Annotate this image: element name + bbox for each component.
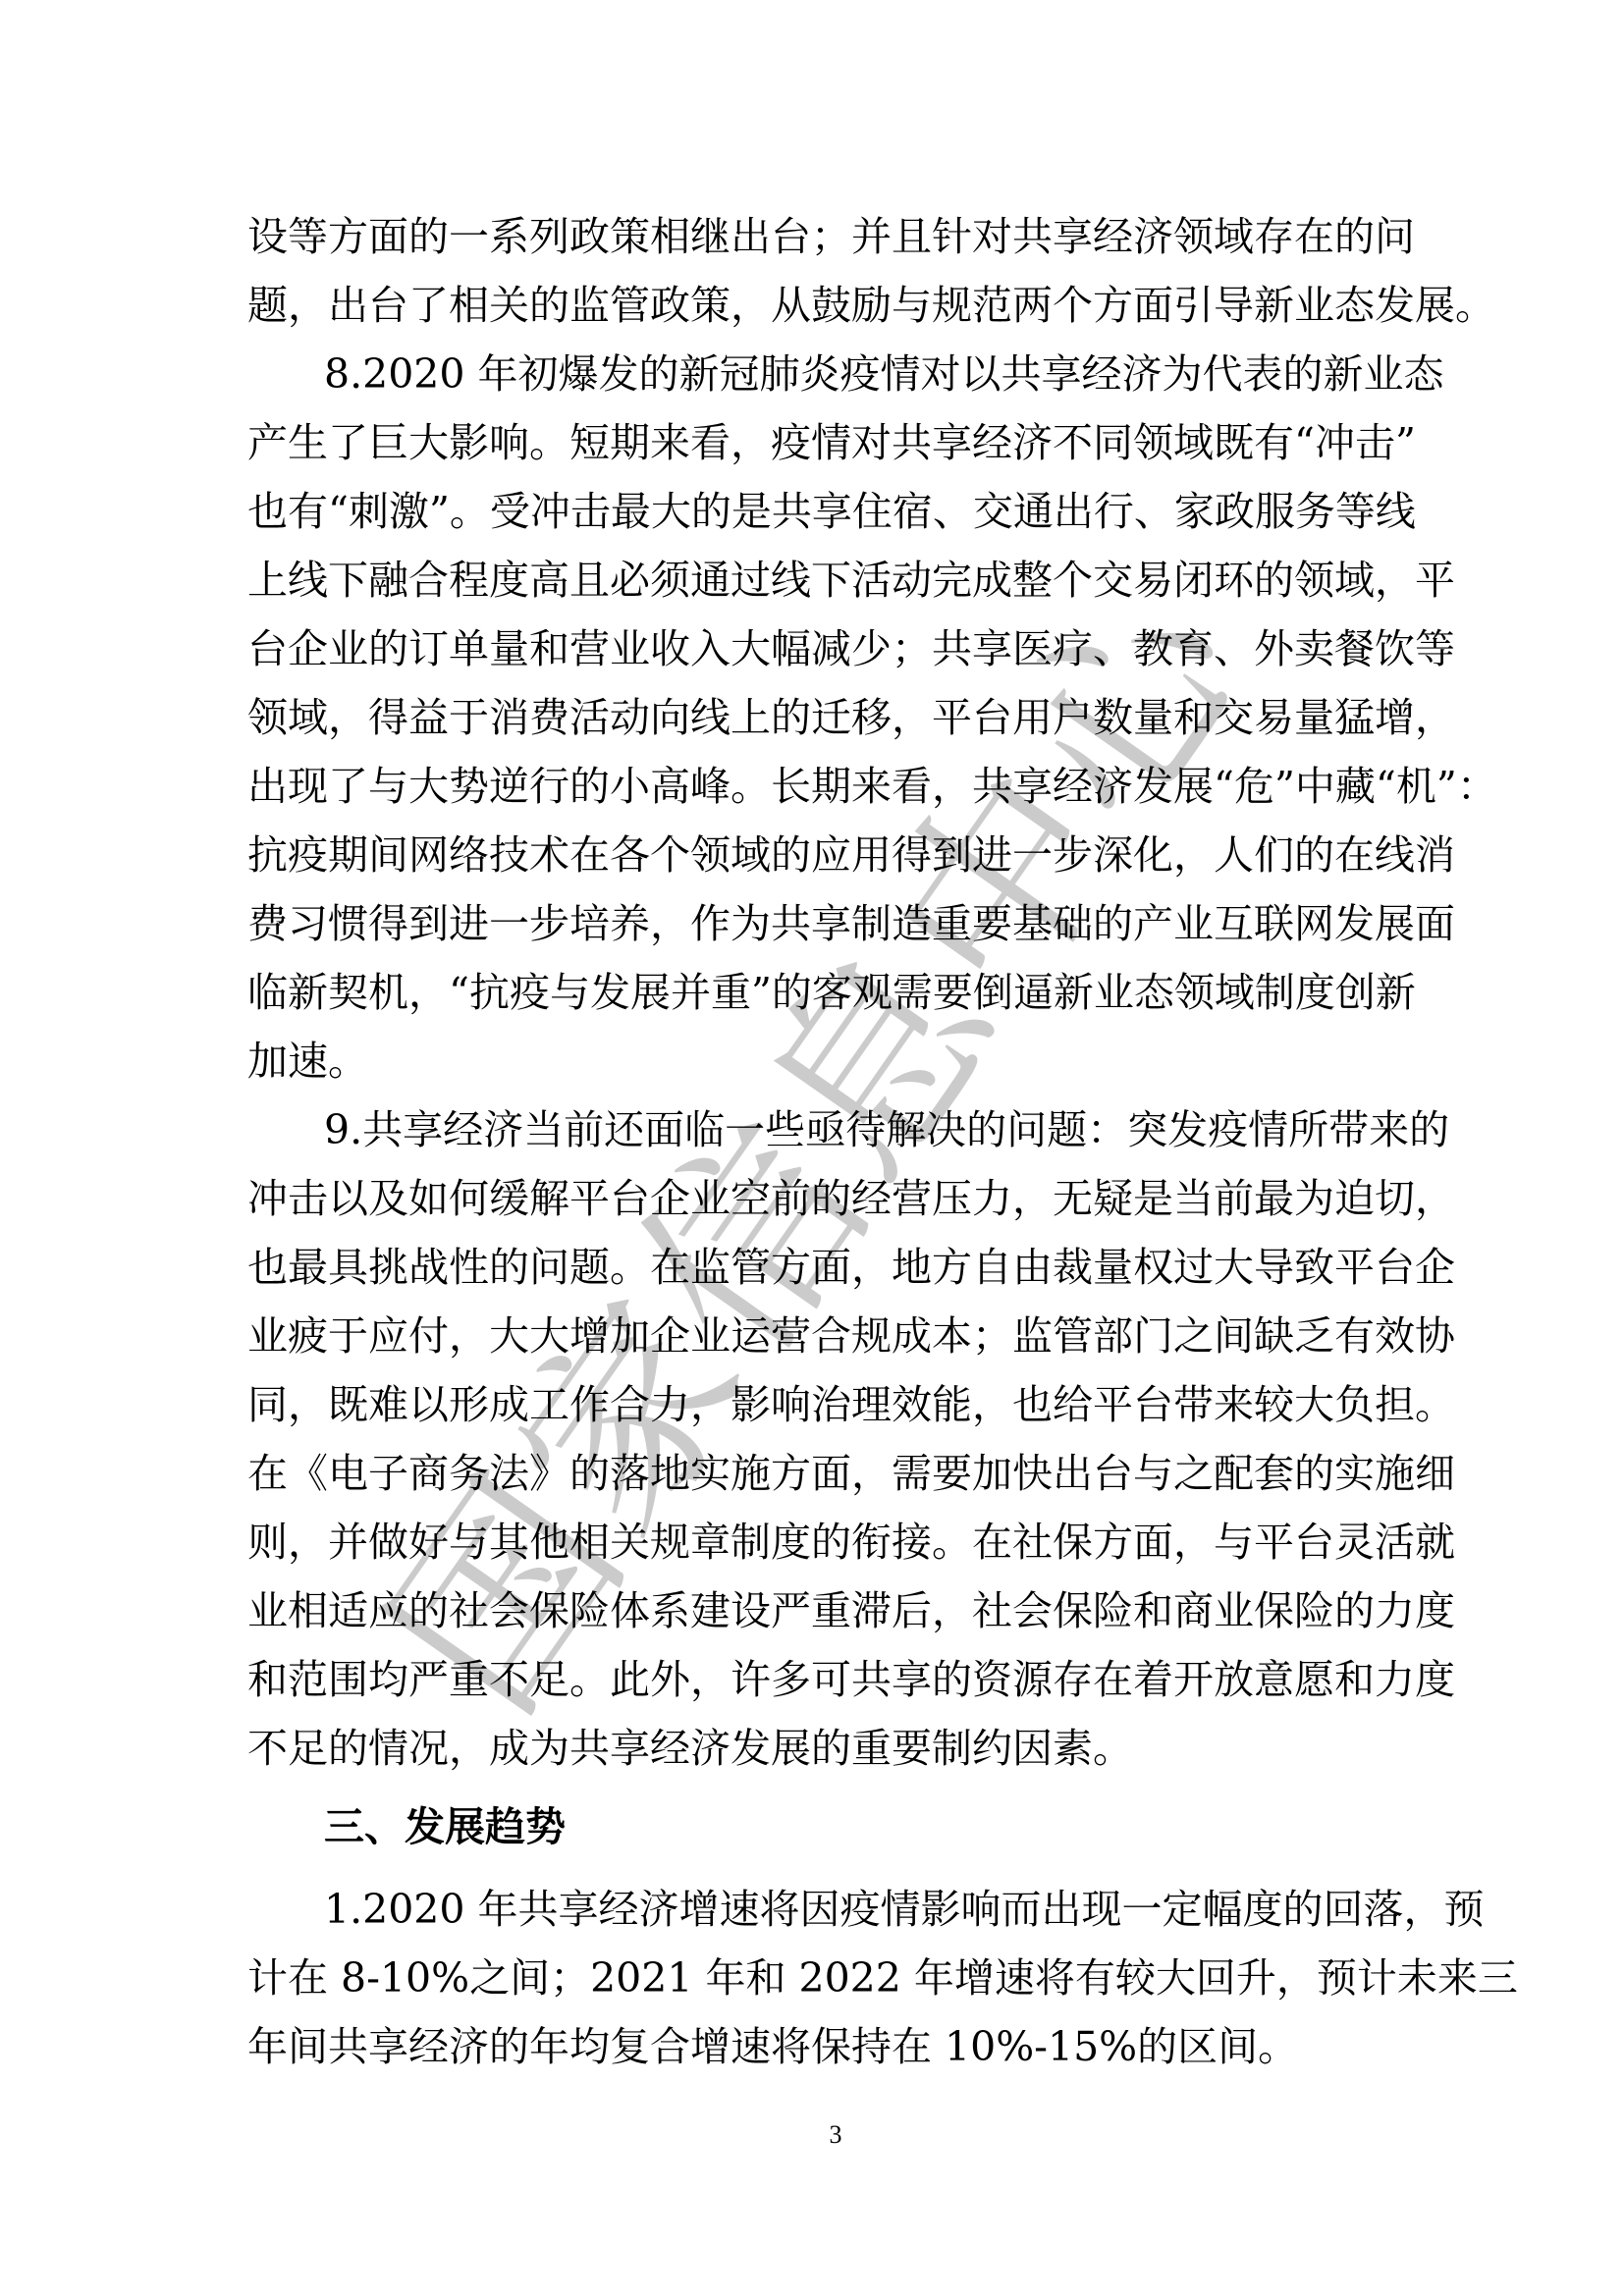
paragraph-line: 冲击以及如何缓解平台企业空前的经营压力，无疑是当前最为迫切， (247, 1164, 1380, 1233)
paragraph-line: 费习惯得到进一步培养，作为共享制造重要基础的产业互联网发展面 (247, 889, 1380, 958)
paragraph-line: 年间共享经济的年均复合增速将保持在 10%-15%的区间。 (247, 2012, 1380, 2081)
paragraph-line: 也有“刺激”。受冲击最大的是共享住宿、交通出行、家政服务等线 (247, 477, 1380, 546)
paragraph-line: 领域，得益于消费活动向线上的迁移，平台用户数量和交易量猛增， (247, 683, 1380, 752)
paragraph-line: 业疲于应付，大大增加企业运营合规成本；监管部门之间缺乏有效协 (247, 1302, 1380, 1370)
paragraph-line: 题，出台了相关的监管政策，从鼓励与规范两个方面引导新业态发展。 (247, 271, 1380, 340)
paragraph-line: 加速。 (247, 1027, 1380, 1095)
paragraph-line: 计在 8-10%之间；2021 年和 2022 年增速将有较大回升，预计未来三 (247, 1944, 1380, 2012)
paragraph-line: 不足的情况，成为共享经济发展的重要制约因素。 (247, 1714, 1380, 1783)
paragraph-line: 出现了与大势逆行的小高峰。长期来看，共享经济发展“危”中藏“机”： (247, 752, 1380, 821)
body-text: 设等方面的一系列政策相继出台；并且针对共享经济领域存在的问 题，出台了相关的监管… (247, 202, 1380, 2081)
paragraph-line: 业相适应的社会保险体系建设严重滞后，社会保险和商业保险的力度 (247, 1576, 1380, 1645)
section-heading: 三、发展趋势 (247, 1787, 1380, 1867)
trend-1-first-line: 1.2020 年共享经济增速将因疫情影响而出现一定幅度的回落，预 (247, 1875, 1380, 1944)
page-number: 3 (0, 2120, 1624, 2150)
paragraph-line: 上线下融合程度高且必须通过线下活动完成整个交易闭环的领域，平 (247, 546, 1380, 614)
paragraph-line: 和范围均严重不足。此外，许多可共享的资源存在着开放意愿和力度 (247, 1645, 1380, 1714)
paragraph-line: 则，并做好与其他相关规章制度的衔接。在社保方面，与平台灵活就 (247, 1508, 1380, 1576)
paragraph-line: 也最具挑战性的问题。在监管方面，地方自由裁量权过大导致平台企 (247, 1233, 1380, 1302)
paragraph-line: 在《电子商务法》的落地实施方面，需要加快出台与之配套的实施细 (247, 1439, 1380, 1508)
paragraph-9-first-line: 9.共享经济当前还面临一些亟待解决的问题：突发疫情所带来的 (247, 1095, 1380, 1164)
paragraph-line: 临新契机，“抗疫与发展并重”的客观需要倒逼新业态领域制度创新 (247, 958, 1380, 1027)
paragraph-line: 同，既难以形成工作合力，影响治理效能，也给平台带来较大负担。 (247, 1370, 1380, 1439)
paragraph-line: 抗疫期间网络技术在各个领域的应用得到进一步深化，人们的在线消 (247, 821, 1380, 889)
paragraph-8-first-line: 8.2020 年初爆发的新冠肺炎疫情对以共享经济为代表的新业态 (247, 340, 1380, 408)
paragraph-line: 设等方面的一系列政策相继出台；并且针对共享经济领域存在的问 (247, 202, 1380, 271)
paragraph-line: 台企业的订单量和营业收入大幅减少；共享医疗、教育、外卖餐饮等 (247, 614, 1380, 683)
paragraph-line: 产生了巨大影响。短期来看，疫情对共享经济不同领域既有“冲击” (247, 408, 1380, 477)
document-page: 国家信息中心 设等方面的一系列政策相继出台；并且针对共享经济领域存在的问 题，出… (0, 0, 1624, 2296)
